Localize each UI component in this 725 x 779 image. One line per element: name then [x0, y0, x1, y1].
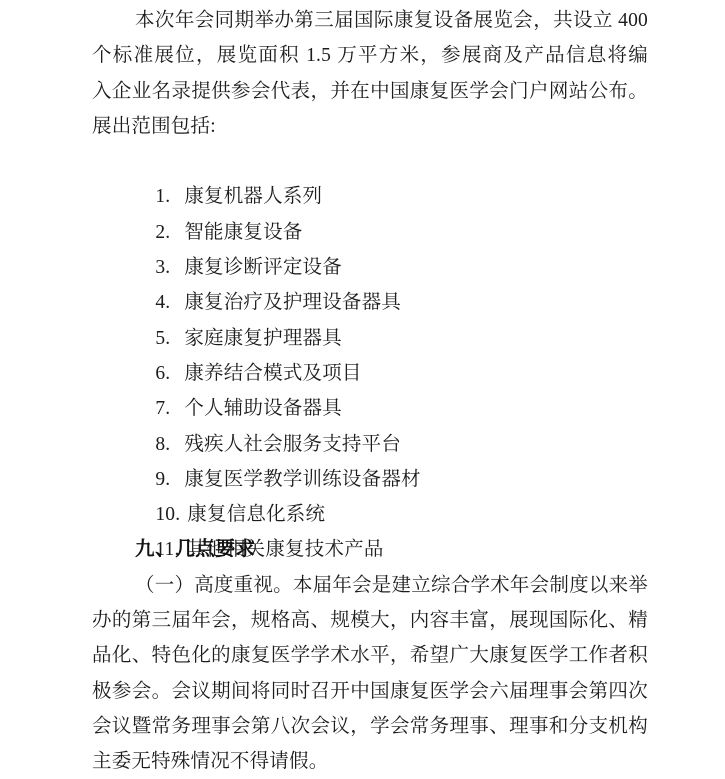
list-item-label: 个人辅助设备器具	[184, 398, 342, 419]
list-item-number: 1.	[155, 179, 177, 214]
list-item-number: 3.	[155, 250, 177, 285]
requirements-line: 办的第三届年会，规格高、规模大，内容丰富，展现国际化、精	[92, 603, 648, 638]
list-item-label: 家庭康复护理器具	[184, 328, 342, 349]
list-item-label: 康养结合模式及项目	[184, 363, 361, 384]
intro-line: 本次年会同期举办第三届国际康复设备展览会，共设立 400	[92, 3, 648, 38]
intro-line: 个标准展位，展览面积 1.5 万平方米，参展商及产品信息将编	[92, 38, 648, 73]
list-item-number: 4.	[155, 285, 177, 320]
requirements-line: 主委无特殊情况不得请假。	[92, 744, 648, 779]
document-page: 本次年会同期举办第三届国际康复设备展览会，共设立 400 个标准展位，展览面积 …	[0, 0, 725, 779]
intro-line: 入企业名录提供参会代表，并在中国康复医学会门户网站公布。	[92, 74, 648, 109]
list-item-number: 8.	[155, 427, 177, 462]
list-item-label: 残疾人社会服务支持平台	[184, 434, 401, 455]
requirements-line: 会议暨常务理事会第八次会议，学会常务理事、理事和分支机构	[92, 709, 648, 744]
list-item-label: 康复治疗及护理设备器具	[184, 292, 401, 313]
list-item-number: 2.	[155, 215, 177, 250]
list-item: 1.康复机器人系列	[92, 144, 648, 179]
list-item-number: 9.	[155, 462, 177, 497]
list-item-number: 7.	[155, 391, 177, 426]
list-item-label: 康复信息化系统	[187, 504, 325, 525]
requirements-line: 品化、特色化的康复医学学术水平，希望广大康复医学工作者积	[92, 638, 648, 673]
requirements-line: （一）高度重视。本届年会是建立综合学术年会制度以来举	[92, 568, 648, 603]
list-item-label: 康复医学教学训练设备器材	[184, 469, 420, 490]
requirements-line: 极参会。会议期间将同时召开中国康复医学会六届理事会第四次	[92, 674, 648, 709]
list-item-label: 智能康复设备	[184, 222, 302, 243]
list-item-label: 康复机器人系列	[184, 186, 322, 207]
list-item-number: 6.	[155, 356, 177, 391]
list-item-number: 10.	[155, 497, 180, 532]
intro-line: 展出范围包括:	[92, 109, 648, 144]
list-item-number: 5.	[155, 321, 177, 356]
list-item-label: 康复诊断评定设备	[184, 257, 342, 278]
